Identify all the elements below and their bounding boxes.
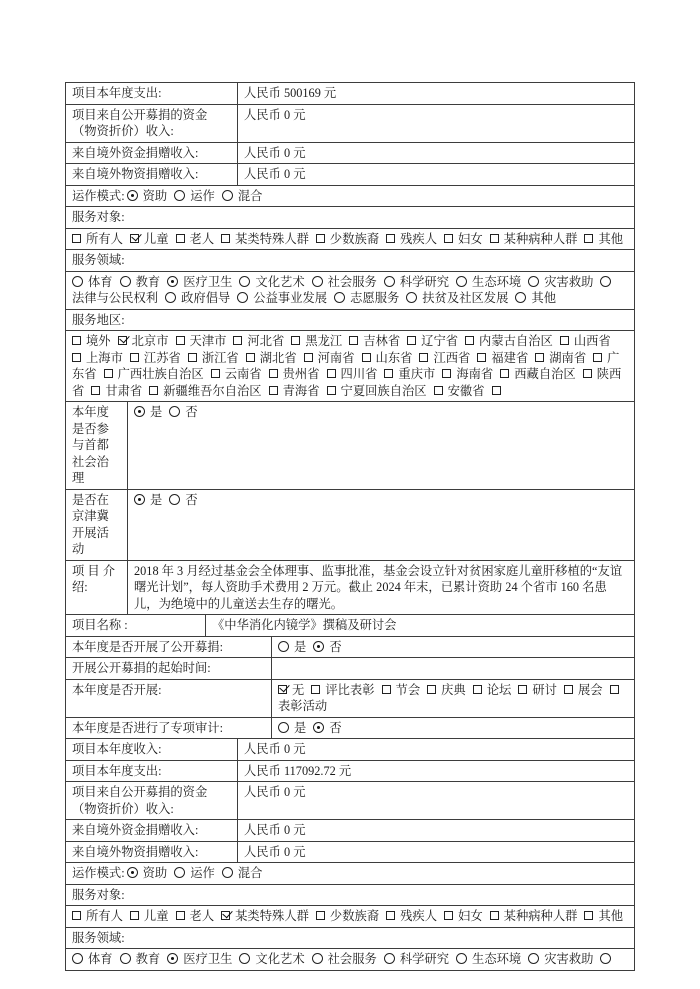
option-label: 江西省 [433, 351, 470, 365]
radio-option[interactable]: 公益事业发展 [237, 291, 327, 305]
checkbox-option[interactable]: 河南省 [304, 351, 355, 365]
checkbox-option[interactable]: 残疾人 [386, 232, 437, 246]
radio-option[interactable]: 体育 [72, 275, 113, 289]
radio-option[interactable]: 资助 [127, 866, 168, 880]
row-label: 来自境外资金捐赠收入: [72, 823, 198, 837]
checkbox-checked-icon[interactable] [221, 911, 230, 920]
checkbox-option[interactable]: 展会 [564, 683, 603, 697]
option-label: 妇女 [458, 232, 483, 246]
option-label: 西藏自治区 [514, 367, 576, 381]
checkbox-icon[interactable] [246, 353, 255, 362]
radio-selected-icon[interactable] [127, 867, 138, 878]
radio-option[interactable]: 文化艺术 [239, 275, 304, 289]
option-label: 儿童 [144, 232, 169, 246]
checkbox-icon[interactable] [269, 386, 278, 395]
checkbox-icon[interactable] [500, 369, 509, 378]
checkbox-option[interactable]: 湖南省 [535, 351, 586, 365]
option-label: 灾害救助 [544, 275, 593, 289]
radio-icon[interactable] [72, 276, 83, 287]
checkbox-option[interactable]: 少数族裔 [316, 909, 379, 923]
checkbox-icon[interactable] [564, 685, 573, 694]
row-full-cell: 所有人儿童老人某类特殊人群少数族裔残疾人妇女某种病种人群其他 [66, 906, 634, 927]
table-row: 项目本年度支出:人民币 500169 元 [66, 83, 634, 104]
checkbox-icon[interactable] [233, 336, 242, 345]
checkbox-option[interactable]: 老人 [176, 232, 215, 246]
checkbox-option[interactable]: 无 [278, 683, 304, 697]
radio-option[interactable]: 体育 [72, 952, 113, 966]
row-label: 项目本年度支出: [72, 764, 162, 778]
radio-icon[interactable] [222, 190, 233, 201]
radio-option[interactable]: 生态环境 [456, 952, 521, 966]
radio-option[interactable]: 文化艺术 [239, 952, 304, 966]
checkbox-option[interactable]: 研讨 [518, 683, 557, 697]
radio-icon[interactable] [174, 867, 185, 878]
option-label: 新疆维吾尔自治区 [163, 384, 261, 398]
checkbox-icon[interactable] [104, 369, 113, 378]
radio-option[interactable]: 混合 [222, 189, 263, 203]
checkbox-option[interactable]: 某类特殊人群 [221, 232, 309, 246]
checkbox-option[interactable]: 青海省 [269, 384, 320, 398]
checkbox-option[interactable]: 论坛 [473, 683, 512, 697]
radio-option[interactable]: 是 [278, 640, 306, 654]
table-row: 本年度是否参与首都社会治理是否 [66, 401, 634, 489]
checkbox-icon[interactable] [490, 911, 499, 920]
option-label: 四川省 [341, 367, 378, 381]
checkbox-icon[interactable] [188, 353, 197, 362]
radio-icon[interactable] [600, 276, 611, 287]
checkbox-option[interactable]: 福建省 [477, 351, 528, 365]
checkbox-icon[interactable] [176, 911, 185, 920]
option-label: 所有人 [86, 232, 123, 246]
table-row: 服务领域: [66, 927, 634, 949]
checkbox-icon[interactable] [221, 234, 230, 243]
option-label: 浙江省 [202, 351, 239, 365]
text-value: 人民币 0 元 [244, 146, 306, 160]
option-label: 论坛 [487, 683, 512, 697]
radio-icon[interactable] [169, 494, 180, 505]
radio-selected-icon[interactable] [167, 276, 178, 287]
checkbox-icon[interactable] [444, 911, 453, 920]
radio-option[interactable]: 科学研究 [384, 952, 449, 966]
table-row: 本年度是否开展:无评比表彰节会庆典论坛研讨展会表彰活动 [66, 679, 634, 717]
row-label-cell: 来自境外资金捐赠收入: [66, 820, 238, 841]
row-value-cell: 人民币 500169 元 [238, 83, 634, 104]
option-label: 体育 [88, 275, 113, 289]
checkbox-icon[interactable] [434, 386, 443, 395]
checkbox-option[interactable]: 新疆维吾尔自治区 [149, 384, 261, 398]
option-label: 教育 [136, 952, 161, 966]
checkbox-icon[interactable] [72, 336, 81, 345]
checkbox-icon[interactable] [583, 369, 592, 378]
option-label: 吉林省 [363, 334, 400, 348]
radio-icon[interactable] [600, 953, 611, 964]
checkbox-icon[interactable] [473, 685, 482, 694]
checkbox-option[interactable]: 某种病种人群 [490, 909, 578, 923]
checkbox-icon[interactable] [72, 234, 81, 243]
radio-option[interactable]: 运作 [174, 866, 215, 880]
checkbox-option[interactable]: 山东省 [362, 351, 413, 365]
option-label: 残疾人 [400, 232, 437, 246]
checkbox-icon[interactable] [419, 353, 428, 362]
checkbox-option[interactable]: 江苏省 [130, 351, 181, 365]
radio-option[interactable]: 医疗卫生 [167, 952, 232, 966]
option-label: 山西省 [574, 334, 611, 348]
checkbox-option[interactable]: 少数族裔 [316, 232, 379, 246]
row-label-cell: 项目来自公开募捐的资金（物资折价）收入: [66, 105, 238, 142]
row-value-cell: 人民币 0 元 [238, 782, 634, 819]
checkbox-icon[interactable] [349, 336, 358, 345]
checkbox-option[interactable]: 儿童 [130, 232, 169, 246]
option-label: 混合 [238, 866, 263, 880]
radio-icon[interactable] [278, 641, 289, 652]
radio-icon[interactable] [515, 292, 526, 303]
table-row: 开展公开募捐的起始时间: [66, 657, 634, 679]
row-label-cell: 本年度是否开展了公开募捐: [66, 637, 272, 658]
checkbox-option[interactable]: 评比表彰 [311, 683, 374, 697]
radio-icon[interactable] [528, 953, 539, 964]
checkbox-icon[interactable] [176, 336, 185, 345]
checkbox-icon[interactable] [304, 353, 313, 362]
checkbox-checked-icon[interactable] [130, 234, 139, 243]
checkbox-icon[interactable] [610, 685, 619, 694]
option-label: 体育 [88, 952, 113, 966]
radio-selected-icon[interactable] [134, 406, 145, 417]
checkbox-option[interactable]: 某类特殊人群 [221, 909, 309, 923]
radio-icon[interactable] [278, 722, 289, 733]
row-value-cell: 人民币 0 元 [238, 842, 634, 863]
text-value: 2018 年 3 月经过基金会全体理事、监事批准，基金会设立针对贫困家庭儿童肝移… [134, 564, 622, 611]
checkbox-icon[interactable] [386, 911, 395, 920]
table-row: 项目本年度支出:人民币 117092.72 元 [66, 760, 634, 782]
row-label-cell: 来自境外物资捐赠收入: [66, 842, 238, 863]
checkbox-option[interactable]: 河北省 [233, 334, 284, 348]
radio-option[interactable]: 其他 [515, 291, 556, 305]
radio-option[interactable]: 教育 [120, 952, 161, 966]
text-value: 服务地区: [72, 313, 125, 327]
row-value-cell: 人民币 0 元 [238, 739, 634, 760]
checkbox-icon[interactable] [384, 369, 393, 378]
option-label: 儿童 [144, 909, 169, 923]
row-full-cell: 所有人儿童老人某类特殊人群少数族裔残疾人妇女某种病种人群其他 [66, 229, 634, 250]
checkbox-option[interactable]: 重庆市 [384, 367, 435, 381]
row-value-cell: 是否 [128, 490, 634, 560]
radio-icon[interactable] [222, 867, 233, 878]
checkbox-checked-icon[interactable] [278, 685, 287, 694]
checkbox-icon[interactable] [477, 353, 486, 362]
option-label: 运作 [190, 189, 215, 203]
radio-option[interactable]: 社会服务 [312, 275, 377, 289]
option-label: 灾害救助 [544, 952, 593, 966]
row-label-cell: 项目本年度支出: [66, 83, 238, 104]
row-value-cell: 《中华消化内镜学》撰稿及研讨会 [206, 615, 634, 636]
table-row: 体育教育医疗卫生文化艺术社会服务科学研究生态环境灾害救助 [66, 948, 634, 970]
radio-option[interactable]: 是 [134, 405, 162, 419]
option-label: 广西壮族自治区 [118, 367, 204, 381]
row-full-cell: 服务地区: [66, 310, 634, 331]
checkbox-option[interactable]: 吉林省 [349, 334, 400, 348]
option-label: 少数族裔 [330, 909, 379, 923]
option-label: 政府倡导 [181, 291, 230, 305]
text-value: 服务领域: [72, 931, 125, 945]
option-label: 否 [329, 721, 341, 735]
table-row: 项目名称 :《中华消化内镜学》撰稿及研讨会 [66, 614, 634, 636]
option-label: 妇女 [458, 909, 483, 923]
checkbox-icon[interactable] [427, 685, 436, 694]
table-row: 项目来自公开募捐的资金（物资折价）收入:人民币 0 元 [66, 104, 634, 142]
checkbox-option[interactable]: 老人 [176, 909, 215, 923]
option-label: 贵州省 [283, 367, 320, 381]
table-row: 所有人儿童老人某类特殊人群少数族裔残疾人妇女某种病种人群其他 [66, 228, 634, 250]
table-row: 本年度是否开展了公开募捐:是否 [66, 636, 634, 658]
checkbox-option[interactable]: 广西壮族自治区 [104, 367, 204, 381]
radio-option[interactable]: 运作 [174, 189, 215, 203]
row-label: 来自境外物资捐赠收入: [72, 167, 198, 181]
radio-option[interactable]: 医疗卫生 [167, 275, 232, 289]
radio-icon[interactable] [384, 953, 395, 964]
table-row: 境外北京市天津市河北省黑龙江吉林省辽宁省内蒙古自治区山西省上海市江苏省浙江省湖北… [66, 330, 634, 401]
checkbox-icon[interactable] [442, 369, 451, 378]
checkbox-icon[interactable] [584, 234, 593, 243]
option-label: 湖北省 [260, 351, 297, 365]
radio-option[interactable]: 否 [169, 493, 197, 507]
checkbox-option[interactable]: 其他 [584, 232, 623, 246]
radio-selected-icon[interactable] [127, 190, 138, 201]
checkbox-checked-icon[interactable] [118, 336, 127, 345]
radio-option[interactable]: 资助 [127, 189, 168, 203]
table-row: 本年度是否进行了专项审计:是否 [66, 717, 634, 739]
text-value: 运作模式: [72, 866, 125, 880]
row-label-cell: 本年度是否开展: [66, 680, 272, 717]
radio-option[interactable]: 社会服务 [312, 952, 377, 966]
checkbox-option[interactable]: 黑龙江 [291, 334, 342, 348]
option-label: 扶贫及社区发展 [422, 291, 508, 305]
option-label: 河北省 [247, 334, 284, 348]
radio-icon[interactable] [239, 276, 250, 287]
checkbox-option[interactable]: 宁夏回族自治区 [327, 384, 427, 398]
option-label: 医疗卫生 [183, 952, 232, 966]
checkbox-option[interactable]: 辽宁省 [407, 334, 458, 348]
checkbox-option[interactable]: 浙江省 [188, 351, 239, 365]
checkbox-option[interactable]: 妇女 [444, 909, 483, 923]
checkbox-option[interactable]: 湖北省 [246, 351, 297, 365]
radio-icon[interactable] [237, 292, 248, 303]
checkbox-icon[interactable] [149, 386, 158, 395]
checkbox-icon[interactable] [518, 685, 527, 694]
table-row: 服务对象: [66, 884, 634, 906]
checkbox-option[interactable]: 所有人 [72, 232, 123, 246]
checkbox-icon[interactable] [269, 369, 278, 378]
radio-icon[interactable] [528, 276, 539, 287]
option-label: 境外 [86, 334, 111, 348]
radio-option[interactable]: 教育 [120, 275, 161, 289]
option-label: 否 [329, 640, 341, 654]
checkbox-icon[interactable] [492, 386, 501, 395]
radio-option[interactable]: 否 [313, 640, 341, 654]
checkbox-option[interactable] [492, 384, 506, 398]
radio-icon[interactable] [169, 406, 180, 417]
radio-icon[interactable] [456, 953, 467, 964]
radio-icon[interactable] [406, 292, 417, 303]
text-value: 人民币 0 元 [244, 742, 306, 756]
checkbox-icon[interactable] [130, 353, 139, 362]
radio-option[interactable]: 志愿服务 [334, 291, 399, 305]
row-label-cell: 项目本年度支出: [66, 761, 238, 782]
radio-icon[interactable] [384, 276, 395, 287]
checkbox-icon[interactable] [91, 386, 100, 395]
checkbox-option[interactable]: 某种病种人群 [490, 232, 578, 246]
row-label: 本年度是否参与首都社会治理 [72, 405, 109, 485]
row-label: 项目本年度支出: [72, 86, 162, 100]
checkbox-option[interactable]: 儿童 [130, 909, 169, 923]
radio-icon[interactable] [334, 292, 345, 303]
checkbox-option[interactable]: 北京市 [118, 334, 169, 348]
checkbox-option[interactable]: 境外 [72, 334, 111, 348]
checkbox-option[interactable]: 江西省 [419, 351, 470, 365]
radio-selected-icon[interactable] [167, 953, 178, 964]
option-label: 云南省 [225, 367, 262, 381]
radio-option[interactable]: 否 [313, 721, 341, 735]
radio-option[interactable]: 生态环境 [456, 275, 521, 289]
radio-option[interactable]: 政府倡导 [165, 291, 230, 305]
table-row: 来自境外资金捐赠收入:人民币 0 元 [66, 819, 634, 841]
checkbox-icon[interactable] [130, 911, 139, 920]
option-label: 少数族裔 [330, 232, 379, 246]
radio-icon[interactable] [312, 276, 323, 287]
row-full-cell: 运作模式:资助运作混合 [66, 863, 634, 884]
option-label: 江苏省 [144, 351, 181, 365]
option-label: 黑龙江 [305, 334, 342, 348]
option-label: 上海市 [86, 351, 123, 365]
checkbox-option[interactable]: 甘肃省 [91, 384, 142, 398]
radio-option[interactable]: 混合 [222, 866, 263, 880]
checkbox-icon[interactable] [535, 353, 544, 362]
option-label: 湖南省 [549, 351, 586, 365]
option-label: 内蒙古自治区 [479, 334, 553, 348]
row-value-cell: 是否 [272, 637, 634, 658]
checkbox-icon[interactable] [327, 369, 336, 378]
radio-option[interactable]: 灾害救助 [528, 275, 593, 289]
row-label: 来自境外资金捐赠收入: [72, 146, 198, 160]
row-label: 项 目 介 绍: [72, 564, 115, 595]
option-label: 安徽省 [448, 384, 485, 398]
checkbox-option[interactable]: 安徽省 [434, 384, 485, 398]
row-label: 本年度是否进行了专项审计: [72, 721, 223, 735]
option-label: 福建省 [491, 351, 528, 365]
radio-option[interactable]: 扶贫及社区发展 [406, 291, 508, 305]
checkbox-icon[interactable] [176, 234, 185, 243]
checkbox-icon[interactable] [211, 369, 220, 378]
radio-icon[interactable] [72, 953, 83, 964]
text-value: 人民币 0 元 [244, 167, 306, 181]
radio-selected-icon[interactable] [313, 641, 324, 652]
checkbox-icon[interactable] [327, 386, 336, 395]
radio-icon[interactable] [312, 953, 323, 964]
radio-option[interactable]: 是 [134, 493, 162, 507]
option-label: 重庆市 [398, 367, 435, 381]
checkbox-icon[interactable] [465, 336, 474, 345]
checkbox-icon[interactable] [382, 685, 391, 694]
option-label: 其他 [598, 232, 623, 246]
option-label: 老人 [190, 909, 215, 923]
checkbox-option[interactable]: 其他 [584, 909, 623, 923]
checkbox-icon[interactable] [593, 353, 602, 362]
checkbox-option[interactable]: 庆典 [427, 683, 466, 697]
checkbox-option[interactable]: 内蒙古自治区 [465, 334, 553, 348]
option-label: 河南省 [318, 351, 355, 365]
text-value: 人民币 0 元 [244, 108, 306, 122]
checkbox-option[interactable]: 贵州省 [269, 367, 320, 381]
option-label: 山东省 [376, 351, 413, 365]
checkbox-icon[interactable] [291, 336, 300, 345]
radio-icon[interactable] [165, 292, 176, 303]
checkbox-icon[interactable] [316, 234, 325, 243]
option-label: 其他 [531, 291, 556, 305]
checkbox-option[interactable]: 云南省 [211, 367, 262, 381]
table-row: 服务对象: [66, 206, 634, 228]
checkbox-option[interactable]: 妇女 [444, 232, 483, 246]
row-full-cell: 运作模式:资助运作混合 [66, 186, 634, 207]
checkbox-icon[interactable] [72, 353, 81, 362]
radio-option[interactable]: 是 [278, 721, 306, 735]
row-label-cell: 项目本年度收入: [66, 739, 238, 760]
radio-icon[interactable] [456, 276, 467, 287]
checkbox-option[interactable]: 天津市 [176, 334, 227, 348]
radio-option[interactable]: 科学研究 [384, 275, 449, 289]
checkbox-icon[interactable] [444, 234, 453, 243]
checkbox-icon[interactable] [311, 685, 320, 694]
table-row: 项目来自公开募捐的资金（物资折价）收入:人民币 0 元 [66, 781, 634, 819]
radio-icon[interactable] [239, 953, 250, 964]
radio-icon[interactable] [120, 953, 131, 964]
checkbox-icon[interactable] [490, 234, 499, 243]
radio-icon[interactable] [120, 276, 131, 287]
radio-icon[interactable] [174, 190, 185, 201]
checkbox-option[interactable]: 海南省 [442, 367, 493, 381]
radio-selected-icon[interactable] [134, 494, 145, 505]
option-label: 社会服务 [328, 952, 377, 966]
row-label-cell: 来自境外资金捐赠收入: [66, 143, 238, 164]
checkbox-option[interactable]: 节会 [382, 683, 421, 697]
table-row: 运作模式:资助运作混合 [66, 185, 634, 207]
checkbox-option[interactable]: 上海市 [72, 351, 123, 365]
checkbox-icon[interactable] [316, 911, 325, 920]
row-value-cell: 人民币 117092.72 元 [238, 761, 634, 782]
text-value: 人民币 0 元 [244, 823, 306, 837]
checkbox-option[interactable]: 四川省 [327, 367, 378, 381]
checkbox-icon[interactable] [362, 353, 371, 362]
option-label: 青海省 [283, 384, 320, 398]
text-value: 服务对象: [72, 210, 125, 224]
checkbox-option[interactable]: 残疾人 [386, 909, 437, 923]
row-value-cell: 无评比表彰节会庆典论坛研讨展会表彰活动 [272, 680, 634, 717]
checkbox-icon[interactable] [72, 911, 81, 920]
checkbox-icon[interactable] [407, 336, 416, 345]
radio-selected-icon[interactable] [313, 722, 324, 733]
checkbox-option[interactable]: 山西省 [560, 334, 611, 348]
checkbox-icon[interactable] [386, 234, 395, 243]
option-label: 否 [185, 493, 197, 507]
checkbox-option[interactable]: 西藏自治区 [500, 367, 576, 381]
checkbox-icon[interactable] [560, 336, 569, 345]
radio-option[interactable]: 灾害救助 [528, 952, 593, 966]
checkbox-icon[interactable] [584, 911, 593, 920]
option-label: 生态环境 [472, 952, 521, 966]
option-label: 运作 [190, 866, 215, 880]
checkbox-option[interactable]: 所有人 [72, 909, 123, 923]
radio-option[interactable]: 否 [169, 405, 197, 419]
radio-option[interactable] [600, 952, 616, 966]
text-value: 《中华消化内镜学》撰稿及研讨会 [212, 618, 396, 632]
